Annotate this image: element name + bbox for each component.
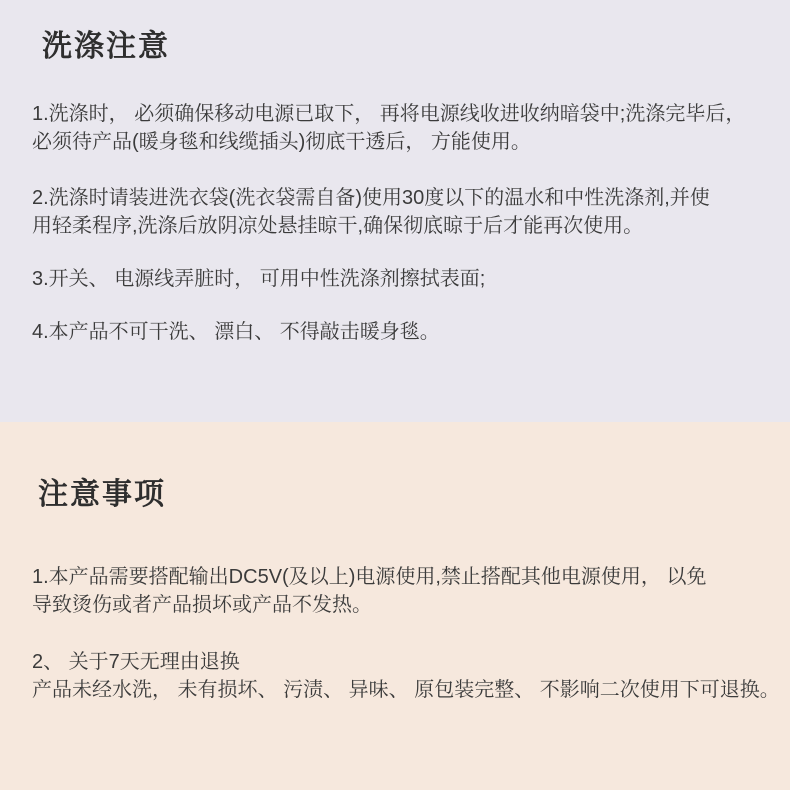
washing-item-2: 2.洗涤时请装进洗衣袋(洗衣袋需自备)使用30度以下的温水和中性洗涤剂,并使 用… [32,184,760,240]
washing-item-3-line-1: 3.开关、 电源线弄脏时， 可用中性洗涤剂擦拭表面; [32,265,760,293]
washing-section-title: 洗涤注意 [42,30,760,64]
precautions-section-title: 注意事项 [38,478,760,512]
precautions-item-2: 2、 关于7天无理由退换 产品未经水洗， 未有损坏、 污渍、 异味、 原包装完整… [32,648,760,704]
washing-item-4: 4.本产品不可干洗、 漂白、 不得敲击暖身毯。 [32,318,760,346]
washing-item-1-line-2: 必须待产品(暖身毯和线缆插头)彻底干透后， 方能使用。 [32,128,760,156]
washing-section: 洗涤注意 1.洗涤时， 必须确保移动电源已取下， 再将电源线收进收纳暗袋中;洗涤… [0,0,790,422]
washing-item-3: 3.开关、 电源线弄脏时， 可用中性洗涤剂擦拭表面; [32,265,760,293]
precautions-item-2-line-1: 2、 关于7天无理由退换 [32,648,760,676]
washing-item-1: 1.洗涤时， 必须确保移动电源已取下， 再将电源线收进收纳暗袋中;洗涤完毕后， … [32,100,760,156]
washing-item-4-line-1: 4.本产品不可干洗、 漂白、 不得敲击暖身毯。 [32,318,760,346]
precautions-item-2-line-2: 产品未经水洗， 未有损坏、 污渍、 异味、 原包装完整、 不影响二次使用下可退换… [32,676,760,704]
washing-item-1-line-1: 1.洗涤时， 必须确保移动电源已取下， 再将电源线收进收纳暗袋中;洗涤完毕后， [32,100,760,128]
precautions-item-1-line-1: 1.本产品需要搭配输出DC5V(及以上)电源使用,禁止搭配其他电源使用， 以免 [32,563,760,591]
washing-item-2-line-1: 2.洗涤时请装进洗衣袋(洗衣袋需自备)使用30度以下的温水和中性洗涤剂,并使 [32,184,760,212]
precautions-section: 注意事项 1.本产品需要搭配输出DC5V(及以上)电源使用,禁止搭配其他电源使用… [0,422,790,790]
care-instructions-page: 洗涤注意 1.洗涤时， 必须确保移动电源已取下， 再将电源线收进收纳暗袋中;洗涤… [0,0,790,790]
precautions-item-1: 1.本产品需要搭配输出DC5V(及以上)电源使用,禁止搭配其他电源使用， 以免 … [32,563,760,619]
precautions-item-1-line-2: 导致烫伤或者产品损坏或产品不发热。 [32,591,760,619]
washing-item-2-line-2: 用轻柔程序,洗涤后放阴凉处悬挂晾干,确保彻底晾于后才能再次使用。 [32,212,760,240]
